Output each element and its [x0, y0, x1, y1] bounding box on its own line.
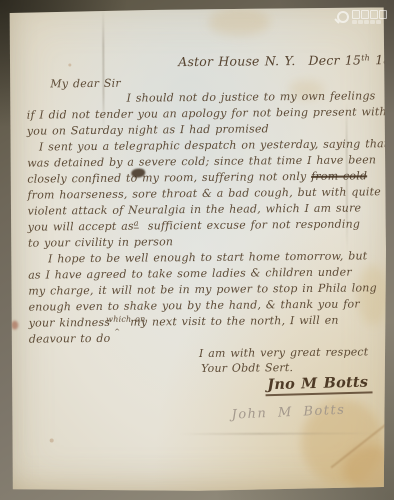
insertion-caret: ^ [114, 328, 120, 336]
letter-photo: Astor House N. Y. Decr 15th 1858 My dear… [0, 0, 394, 500]
letter-line: enough even to shake you by the hand, & … [28, 297, 359, 313]
pencil-inscription: John M Botts [231, 403, 345, 423]
watermark-subglyph [364, 20, 369, 24]
letter-dateline: Astor House N. Y. Decr 15th 1858 [178, 52, 394, 69]
handwriting-layer: Astor House N. Y. Decr 15th 1858 My dear… [7, 6, 389, 494]
letter-date-day: Decr 15 [308, 52, 361, 68]
letter-line: deavour to do [29, 332, 111, 346]
letter-line: you will accept asasufficient excuse for… [28, 217, 360, 233]
letter-line: if I did not tender you an apology for n… [27, 105, 387, 121]
letter-line: was detained by a severe cold; since tha… [27, 153, 376, 169]
letter-line-text: sufficient excuse for not responding [148, 217, 360, 232]
letter-place: Astor House N. Y. [178, 53, 295, 69]
letter-line: I sent you a telegraphic despatch on yes… [39, 137, 394, 153]
watermark-subglyph [370, 20, 375, 24]
letter-closing-line: I am with very great respect [199, 345, 369, 360]
ink-signature: Jno M Botts [265, 373, 372, 396]
letter-line: as I have agreed to take some ladies & c… [28, 266, 352, 282]
watermark-logo-blocks [352, 10, 387, 24]
letter-line: my charge, it will not be in my power to… [28, 281, 377, 297]
letter-date-sup: th [361, 53, 370, 62]
watermark-glyph [370, 10, 378, 19]
inserted-words-text: which on [106, 315, 145, 324]
letter-line: to your civility in person [28, 235, 173, 249]
watermark-subtext-row [352, 20, 387, 24]
watermark-subglyph [352, 20, 357, 24]
letter-line: I should not do justice to my own feelin… [126, 89, 375, 104]
letter-paper: Astor House N. Y. Decr 15th 1858 My dear… [8, 7, 387, 492]
watermark-subglyph [376, 20, 381, 24]
letter-line-text: my next visit to the north, I will en [130, 314, 339, 329]
watermark [337, 10, 387, 24]
struck-words: from cold [311, 169, 367, 183]
letter-line: closely confined to my room, suffering n… [27, 169, 367, 185]
watermark-subglyph [358, 20, 363, 24]
watermark-glyph-row [352, 10, 387, 19]
letter-closing-line: Your Obdt Sert. [201, 361, 293, 375]
letter-line: you on Saturday night as I had promised [27, 122, 269, 137]
letter-line: I hope to be well enough to start home t… [48, 249, 367, 265]
inserted-word-text: a [134, 219, 139, 229]
letter-line-text: your kindness [29, 316, 111, 330]
watermark-glyph [352, 10, 360, 19]
letter-line-text: closely confined to my room, suffering n… [27, 170, 311, 186]
letter-salutation: My dear Sir [50, 77, 120, 91]
letter-line-text: you will accept as [28, 220, 134, 234]
letter-date: Decr 15th 1858 [308, 52, 394, 68]
watermark-glyph [379, 10, 387, 19]
letter-line: your kindnesswhich on^my next visit to t… [29, 314, 339, 330]
watermark-glyph [361, 10, 369, 19]
letter-date-year: 1858 [375, 52, 394, 67]
letter-line: from hoarseness, sore throat & a bad cou… [27, 185, 392, 202]
letter-line: violent attack of Neuralgia in the head,… [28, 201, 362, 217]
magnifier-icon [337, 11, 349, 23]
